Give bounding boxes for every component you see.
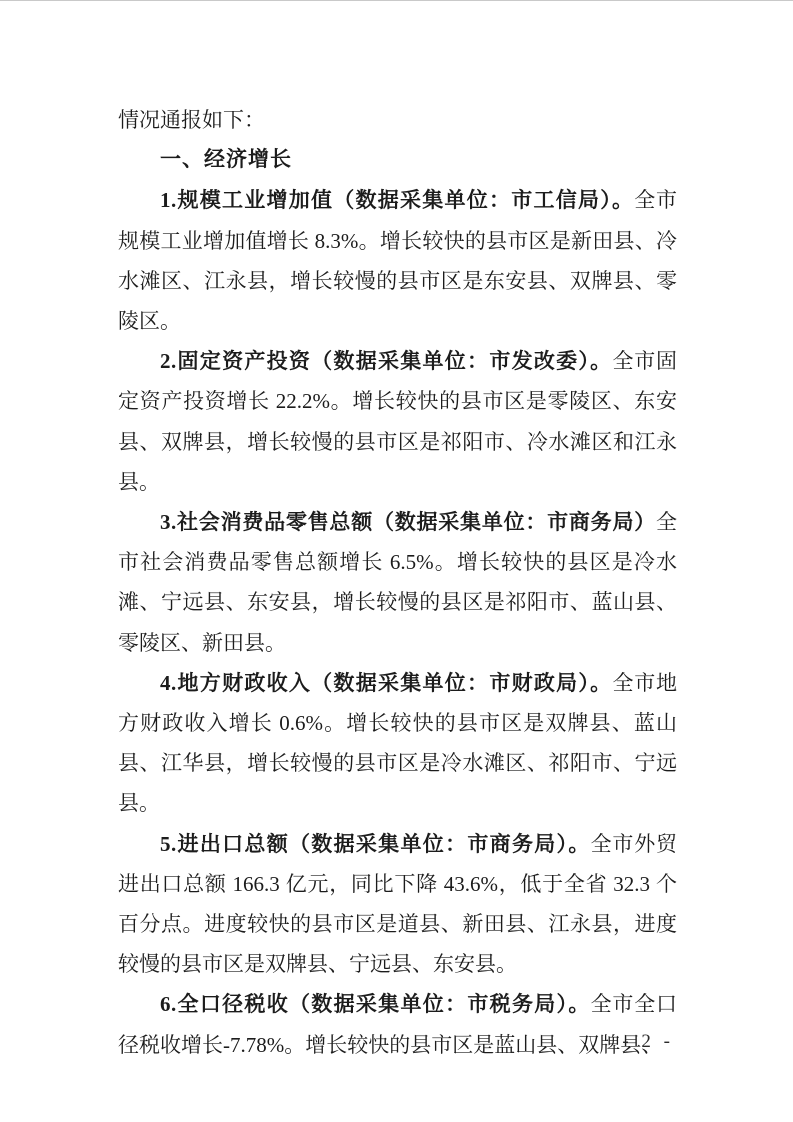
section-heading: 一、经济增长 [118,140,677,180]
page-number: - 2 - [622,1031,674,1053]
paragraph-fixed-asset-investment: 2.固定资产投资（数据采集单位：市发改委）。全市固定资产投资增长 22.2%。增… [118,341,677,502]
intro-line: 情况通报如下： [118,100,677,140]
paragraph-lead: 6.全口径税收（数据采集单位：市税务局）。 [160,992,591,1016]
paragraph-lead: 3.社会消费品零售总额（数据采集单位：市商务局） [160,510,656,534]
paragraph-retail-sales: 3.社会消费品零售总额（数据采集单位：市商务局）全市社会消费品零售总额增长 6.… [118,502,677,663]
paragraph-lead: 2.固定资产投资（数据采集单位：市发改委）。 [160,349,612,373]
paragraph-industrial-output: 1.规模工业增加值（数据采集单位：市工信局）。全市规模工业增加值增长 8.3%。… [118,180,677,341]
paragraph-total-tax-revenue: 6.全口径税收（数据采集单位：市税务局）。全市全口径税收增长-7.78%。增长较… [118,984,677,1064]
paragraph-lead: 4.地方财政收入（数据采集单位：市财政局）。 [160,671,612,695]
paragraph-lead: 1.规模工业增加值（数据采集单位：市工信局）。 [160,188,634,212]
paragraph-import-export: 5.进出口总额（数据采集单位：市商务局）。全市外贸进出口总额 166.3 亿元，… [118,824,677,985]
paragraph-lead: 5.进出口总额（数据采集单位：市商务局）。 [160,832,591,856]
document-content: 情况通报如下： 一、经济增长 1.规模工业增加值（数据采集单位：市工信局）。全市… [118,100,677,1065]
document-page: 情况通报如下： 一、经济增长 1.规模工业增加值（数据采集单位：市工信局）。全市… [0,0,793,1122]
paragraph-local-fiscal-revenue: 4.地方财政收入（数据采集单位：市财政局）。全市地方财政收入增长 0.6%。增长… [118,663,677,824]
